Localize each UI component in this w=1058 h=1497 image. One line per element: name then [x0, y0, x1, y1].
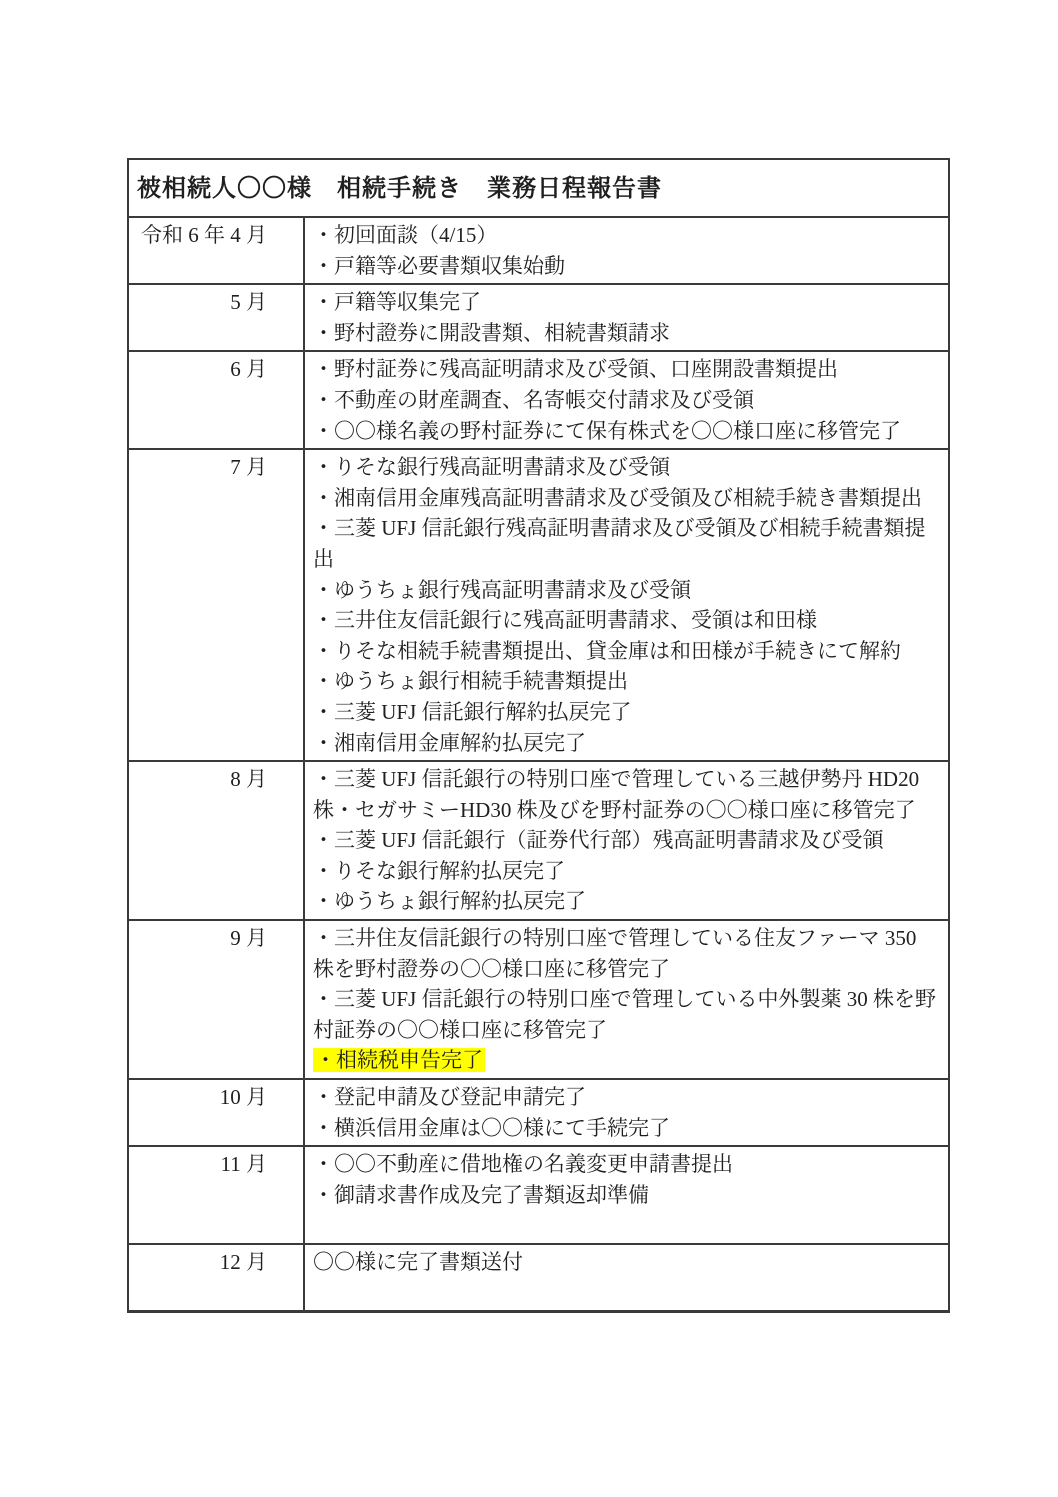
- month-cell: 6 月: [129, 352, 305, 448]
- table-row: 12 月〇〇様に完了書類送付: [129, 1243, 948, 1310]
- items-cell: ・野村証券に残高証明請求及び受領、口座開設書類提出・不動産の財産調査、名寄帳交付…: [305, 352, 948, 448]
- schedule-table: 被相続人〇〇様 相続手続き 業務日程報告書 令和 6 年 4 月・初回面談（4/…: [127, 158, 950, 1313]
- schedule-item: ・御請求書作成及完了書類返却準備: [313, 1180, 938, 1211]
- schedule-item: ・野村證券に開設書類、相続書類請求: [313, 318, 938, 349]
- schedule-item: ・三菱 UFJ 信託銀行の特別口座で管理している中外製薬 30 株を野村証券の〇…: [313, 984, 938, 1045]
- schedule-item: ・りそな銀行解約払戻完了: [313, 856, 938, 887]
- schedule-item: ・りそな相続手続書類提出、貸金庫は和田様が手続きにて解約: [313, 636, 938, 667]
- month-cell: 10 月: [129, 1080, 305, 1145]
- items-cell: ・りそな銀行残高証明書請求及び受領・湘南信用金庫残高証明書請求及び受領及び相続手…: [305, 450, 948, 760]
- schedule-item: ・戸籍等収集完了: [313, 287, 938, 318]
- schedule-item: ・登記申請及び登記申請完了: [313, 1082, 938, 1113]
- items-cell: ・戸籍等収集完了・野村證券に開設書類、相続書類請求: [305, 285, 948, 350]
- table-row: 9 月・三井住友信託銀行の特別口座で管理している住友ファーマ 350 株を野村證…: [129, 919, 948, 1078]
- month-cell: 8 月: [129, 762, 305, 919]
- items-cell: ・三井住友信託銀行の特別口座で管理している住友ファーマ 350 株を野村證券の〇…: [305, 921, 948, 1078]
- document-page: { "document": { "title": "被相続人〇〇様 相続手続き …: [0, 0, 1058, 1497]
- table-row: 6 月・野村証券に残高証明請求及び受領、口座開設書類提出・不動産の財産調査、名寄…: [129, 350, 948, 448]
- document-title: 被相続人〇〇様 相続手続き 業務日程報告書: [129, 160, 948, 216]
- schedule-item: ・〇〇様名義の野村証券にて保有株式を〇〇様口座に移管完了: [313, 416, 938, 447]
- month-cell: 7 月: [129, 450, 305, 760]
- blank-line: [313, 1278, 938, 1309]
- month-cell: 9 月: [129, 921, 305, 1078]
- blank-line: [313, 1210, 938, 1241]
- schedule-item: ・横浜信用金庫は〇〇様にて手続完了: [313, 1113, 938, 1144]
- schedule-item: ・三菱 UFJ 信託銀行（証券代行部）残高証明書請求及び受領: [313, 825, 938, 856]
- month-cell: 令和 6 年 4 月: [129, 218, 305, 283]
- schedule-item: ・ゆうちょ銀行解約払戻完了: [313, 886, 938, 917]
- table-row: 5 月・戸籍等収集完了・野村證券に開設書類、相続書類請求: [129, 283, 948, 350]
- schedule-item: ・ゆうちょ銀行残高証明書請求及び受領: [313, 575, 938, 606]
- table-title-row: 被相続人〇〇様 相続手続き 業務日程報告書: [129, 160, 948, 216]
- schedule-item: ・野村証券に残高証明請求及び受領、口座開設書類提出: [313, 354, 938, 385]
- schedule-item: ・相続税申告完了: [313, 1045, 938, 1076]
- items-cell: 〇〇様に完了書類送付: [305, 1245, 948, 1310]
- schedule-item: ・三菱 UFJ 信託銀行解約払戻完了: [313, 697, 938, 728]
- schedule-item: ・初回面談（4/15）: [313, 220, 938, 251]
- schedule-item: ・ゆうちょ銀行相続手続書類提出: [313, 666, 938, 697]
- schedule-item: ・戸籍等必要書類収集始動: [313, 251, 938, 282]
- items-cell: ・登記申請及び登記申請完了・横浜信用金庫は〇〇様にて手続完了: [305, 1080, 948, 1145]
- table-row: 7 月・りそな銀行残高証明書請求及び受領・湘南信用金庫残高証明書請求及び受領及び…: [129, 448, 948, 760]
- highlighted-text: ・相続税申告完了: [313, 1048, 485, 1072]
- month-cell: 12 月: [129, 1245, 305, 1310]
- schedule-item: ・〇〇不動産に借地権の名義変更申請書提出: [313, 1149, 938, 1180]
- schedule-item: ・りそな銀行残高証明書請求及び受領: [313, 452, 938, 483]
- table-row: 11 月・〇〇不動産に借地権の名義変更申請書提出・御請求書作成及完了書類返却準備: [129, 1145, 948, 1243]
- schedule-item: ・三井住友信託銀行の特別口座で管理している住友ファーマ 350 株を野村證券の〇…: [313, 923, 938, 984]
- schedule-item: 〇〇様に完了書類送付: [313, 1247, 938, 1278]
- items-cell: ・三菱 UFJ 信託銀行の特別口座で管理している三越伊勢丹 HD20 株・セガサ…: [305, 762, 948, 919]
- table-row: 令和 6 年 4 月・初回面談（4/15）・戸籍等必要書類収集始動: [129, 216, 948, 283]
- schedule-item: ・湘南信用金庫解約払戻完了: [313, 728, 938, 759]
- table-row: 8 月・三菱 UFJ 信託銀行の特別口座で管理している三越伊勢丹 HD20 株・…: [129, 760, 948, 919]
- items-cell: ・〇〇不動産に借地権の名義変更申請書提出・御請求書作成及完了書類返却準備: [305, 1147, 948, 1243]
- month-cell: 5 月: [129, 285, 305, 350]
- schedule-item: ・湘南信用金庫残高証明書請求及び受領及び相続手続き書類提出: [313, 483, 938, 514]
- month-cell: 11 月: [129, 1147, 305, 1243]
- schedule-item: ・三井住友信託銀行に残高証明書請求、受領は和田様: [313, 605, 938, 636]
- table-row: 10 月・登記申請及び登記申請完了・横浜信用金庫は〇〇様にて手続完了: [129, 1078, 948, 1145]
- schedule-item: ・三菱 UFJ 信託銀行の特別口座で管理している三越伊勢丹 HD20 株・セガサ…: [313, 764, 938, 825]
- schedule-item: ・不動産の財産調査、名寄帳交付請求及び受領: [313, 385, 938, 416]
- items-cell: ・初回面談（4/15）・戸籍等必要書類収集始動: [305, 218, 948, 283]
- schedule-item: ・三菱 UFJ 信託銀行残高証明書請求及び受領及び相続手続書類提出: [313, 513, 938, 574]
